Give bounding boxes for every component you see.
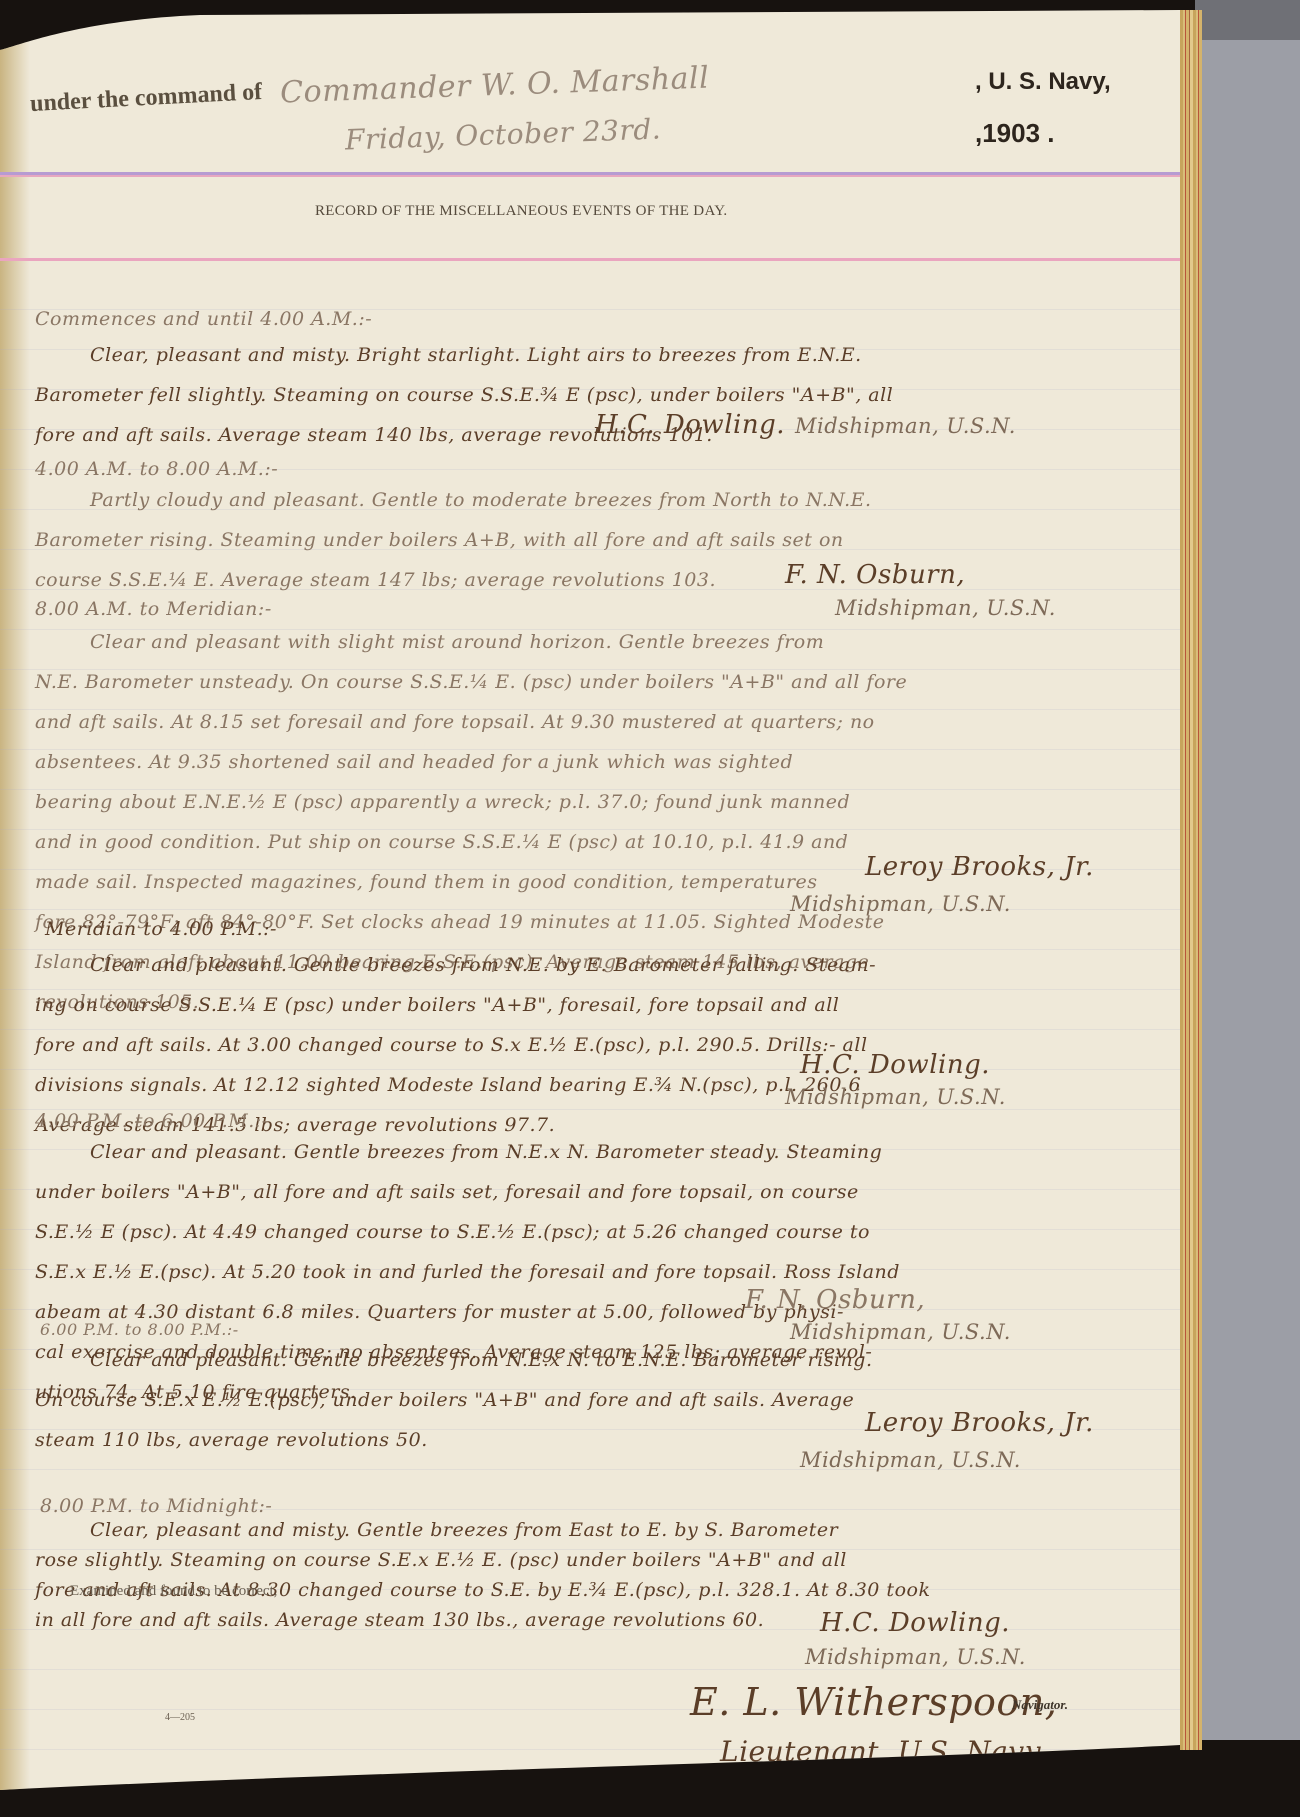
entry-line: absentees. At 9.35 shortened sail and he… xyxy=(35,742,1145,782)
entry-line: and aft sails. At 8.15 set foresail and … xyxy=(35,702,1145,742)
entry-line: Partly cloudy and pleasant. Gentle to mo… xyxy=(35,480,1145,520)
log-year: ,1903 . xyxy=(975,118,1055,149)
signature: F. N. Osburn, xyxy=(745,1285,925,1315)
entry-line: N.E. Barometer unsteady. On course S.S.E… xyxy=(35,662,1145,702)
entry-line: Clear and pleasant. Gentle breezes from … xyxy=(35,1132,1145,1172)
entry-line: Clear and pleasant. Gentle breezes from … xyxy=(35,1340,1145,1380)
entry-heading: 8.00 A.M. to Meridian:- xyxy=(35,598,272,620)
commander-name: Commander W. O. Marshall xyxy=(280,61,710,111)
logbook-page: under the command of Commander W. O. Mar… xyxy=(0,0,1180,1817)
background-top-right xyxy=(1195,0,1300,45)
log-date: Friday, October 23rd. xyxy=(345,112,662,156)
signature-rank: Midshipman, U.S.N. xyxy=(835,596,1056,620)
navigator-label: Navigator. xyxy=(1012,1697,1068,1713)
entry-heading: 6.00 P.M. to 8.00 P.M.:- xyxy=(40,1320,239,1339)
entry-line: rose slightly. Steaming on course S.E.x … xyxy=(35,1545,1145,1575)
entry-heading: 4.00 P.M. to 6.00 P.M.:- xyxy=(35,1110,269,1132)
entry-heading: Meridian to 4.00 P.M.:- xyxy=(45,918,277,940)
signature-rank: Midshipman, U.S.N. xyxy=(800,1448,1021,1472)
entry-line: S.E.x E.½ E.(psc). At 5.20 took in and f… xyxy=(35,1252,1145,1292)
signature-rank: Midshipman, U.S.N. xyxy=(795,414,1016,438)
signature: H.C. Dowling. xyxy=(820,1608,1010,1638)
entry-text: Partly cloudy and pleasant. Gentle to mo… xyxy=(35,480,1145,600)
navigator-rank: Lieutenant, U.S. Navy xyxy=(720,1735,1041,1768)
entry-line: bearing about E.N.E.½ E (psc) apparently… xyxy=(35,782,1145,822)
service-label: , U. S. Navy, xyxy=(975,68,1111,96)
entry-line: Barometer rising. Steaming under boilers… xyxy=(35,520,1145,560)
signature: H.C. Dowling. xyxy=(595,410,785,440)
entry-line: Clear and pleasant with slight mist arou… xyxy=(35,622,1145,662)
signature-rank: Midshipman, U.S.N. xyxy=(790,892,1011,916)
signature-rank: Midshipman, U.S.N. xyxy=(785,1085,1006,1109)
entry-text: Clear and pleasant. Gentle breezes from … xyxy=(35,1340,1145,1460)
navigator-signature: E. L. Witherspoon, xyxy=(690,1680,1057,1724)
header-rule-purple xyxy=(0,172,1180,175)
background-surface xyxy=(1195,40,1300,1740)
entry-line: ing on course S.S.E.¼ E (psc) under boil… xyxy=(35,985,1145,1025)
entry-line: Clear and pleasant. Gentle breezes from … xyxy=(35,945,1145,985)
signature: Leroy Brooks, Jr. xyxy=(865,1408,1094,1438)
entry-line: under boilers "A+B", all fore and aft sa… xyxy=(35,1172,1145,1212)
command-label: under the command of xyxy=(29,79,262,118)
entry-heading: 8.00 P.M. to Midnight:- xyxy=(40,1495,272,1517)
entry-heading: Commences and until 4.00 A.M.:- xyxy=(35,308,372,330)
gilt-page-edge xyxy=(1180,10,1202,1750)
examined-label: Examined and found to be correct, xyxy=(70,1583,277,1600)
entry-line: S.E.½ E (psc). At 4.49 changed course to… xyxy=(35,1212,1145,1252)
entry-line: Barometer fell slightly. Steaming on cou… xyxy=(35,375,1145,415)
entry-heading: 4.00 A.M. to 8.00 A.M.:- xyxy=(35,458,278,480)
entry-line: Clear, pleasant and misty. Bright starli… xyxy=(35,335,1145,375)
form-number: 4—205 xyxy=(165,1712,195,1723)
signature: F. N. Osburn, xyxy=(785,560,965,590)
signature: Leroy Brooks, Jr. xyxy=(865,852,1094,882)
record-title: RECORD OF THE MISCELLANEOUS EVENTS OF TH… xyxy=(315,203,727,220)
entry-line: Clear, pleasant and misty. Gentle breeze… xyxy=(35,1515,1145,1545)
signature: H.C. Dowling. xyxy=(800,1050,990,1080)
header-rule-pink xyxy=(0,258,1180,261)
signature-rank: Midshipman, U.S.N. xyxy=(805,1645,1026,1669)
entry-line: course S.S.E.¼ E. Average steam 147 lbs;… xyxy=(35,560,1145,600)
